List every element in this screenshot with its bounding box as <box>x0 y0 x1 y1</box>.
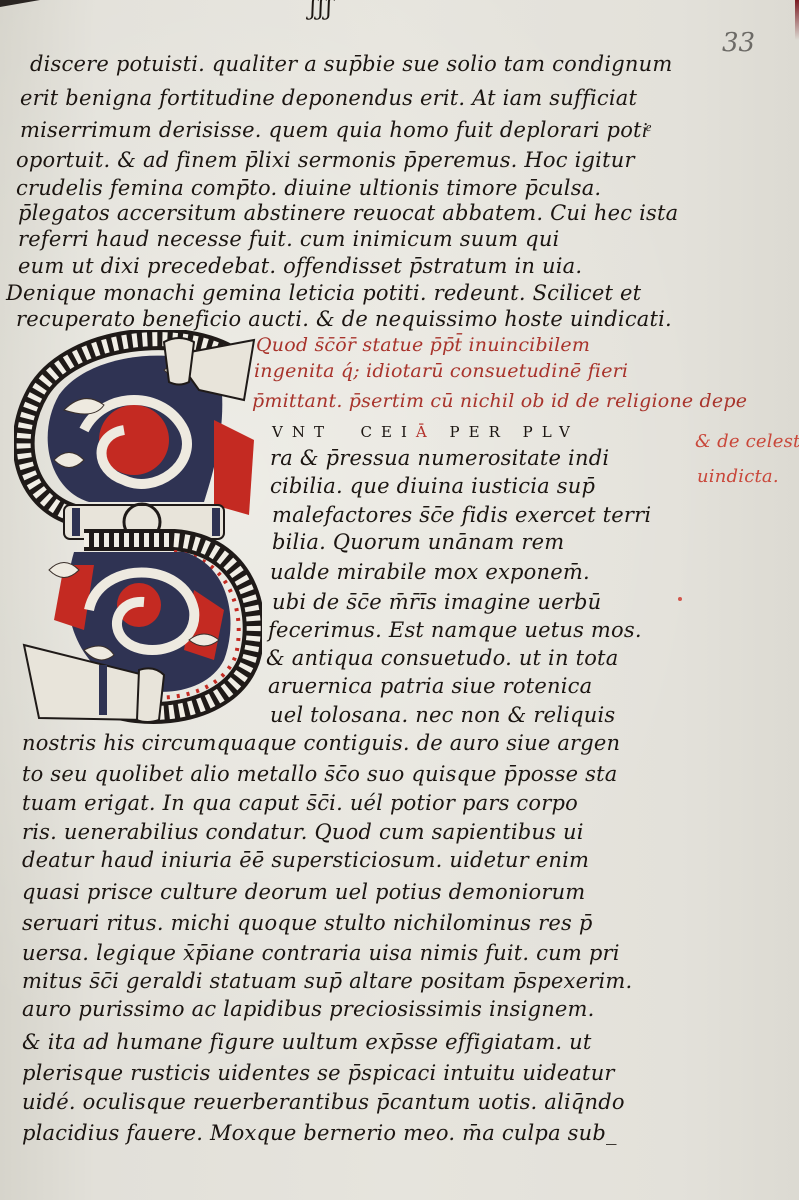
text-line: miserrimum derisisse. quem quia homo fui… <box>20 118 648 143</box>
top-mark: ʃʃʃ <box>310 0 334 21</box>
text-line: nostris his circumquaque contiguis. de a… <box>22 731 620 755</box>
text-line: mitus s̄c̄i geraldi statuam sup̄ altare … <box>22 969 632 993</box>
text-line: deatur haud iniuria ēē supersticiosum.… <box>22 848 589 872</box>
text-line: referri haud necesse fuit. cum inimicum … <box>18 227 559 251</box>
rubric-line: ingenita q́; idiotarū consuetudinē fie… <box>254 360 628 382</box>
text-line: oportuit. & ad finem p̄lixi sermonis p̄p… <box>16 148 635 172</box>
capital-letter: Ā <box>416 423 436 441</box>
text-line: cibilia. que diuina iusticia sup̄ <box>270 474 595 498</box>
capital-letter: P <box>523 423 542 441</box>
margin-rubric-line: & de celest <box>695 431 799 452</box>
capital-letter: N <box>292 423 314 441</box>
text-line: seruari ritus. michi quoque stulto nichi… <box>22 911 592 935</box>
text-line: ualde mirabile mox exponem̄. <box>270 560 590 584</box>
illuminated-initial-s-icon <box>14 330 262 730</box>
text-line: erit benigna fortitudine deponendus erit… <box>20 86 637 110</box>
text-line: placidius fauere. Moxque bernerio meo. m… <box>22 1121 617 1145</box>
folio-number: 33 <box>722 28 755 58</box>
text-line: tuam erigat. In qua caput s̄c̄i. uél po… <box>22 791 578 815</box>
text-line: uel tolosana. nec non & reliquis <box>270 703 615 727</box>
text-line: eum ut dixi precedebat. offendisset p̄st… <box>18 254 582 278</box>
capital-letter: C <box>361 423 381 441</box>
capital-letter: I <box>401 423 416 441</box>
text-line: & ita ad humane figure uultum exp̄sse ef… <box>22 1030 592 1054</box>
capital-letter: T <box>314 423 333 441</box>
capital-letter: R <box>489 423 509 441</box>
text-line: & antiqua consuetudo. ut in tota <box>266 646 618 670</box>
capital-letter: V <box>559 423 579 441</box>
text-line: ris. uenerabilius condatur. Quod cum sap… <box>22 820 584 844</box>
manuscript-page: ʃʃʃ 33 discere potuisti. qualiter a sup̄… <box>0 0 799 1200</box>
text-line: Denique monachi gemina leticia potiti. r… <box>6 281 641 305</box>
text-line: p̄legatos accersitum abstinere reuocat a… <box>18 201 678 225</box>
text-line: aruernica patria siue rotenica <box>268 674 592 698</box>
text-line: ubi de s̄c̄e m̄r̄īs imagine uerbū <box>272 590 601 614</box>
margin-rubric-line: uindicta. <box>697 466 779 487</box>
text-line: recuperato beneficio aucti. & de nequiss… <box>16 307 672 331</box>
text-line: fecerimus. Est namque uetus mos. <box>268 618 642 642</box>
text-line: malefactores s̄c̄e fidis exercet terri <box>272 503 651 527</box>
capital-letter: P <box>450 423 469 441</box>
text-line: uidé. oculisque reuerberantibus p̄cantu… <box>22 1090 625 1114</box>
capital-letter: E <box>469 423 489 441</box>
capital-letter: E <box>381 423 401 441</box>
binding-edge <box>795 0 799 40</box>
text-line: quasi prisce culture deorum uel potius d… <box>22 880 585 904</box>
red-dot-mark <box>678 597 682 601</box>
text-line: uersa. legique x̄p̄iane contraria uisa n… <box>22 941 620 965</box>
text-line: bilia. Quorum unānam rem <box>272 530 564 554</box>
capital-letter: V <box>272 423 292 441</box>
text-line: ra & p̄ressua numerositate indi <box>270 446 609 470</box>
opening-capitals: VNT CEIĀ PER PLV <box>272 423 579 441</box>
page-corner-shadow <box>0 0 40 7</box>
text-line: auro purissimo ac lapidibus preciosissim… <box>22 997 595 1021</box>
text-line: plerisque rusticis uidentes se p̄spicaci… <box>22 1061 615 1085</box>
text-line: crudelis femina comp̄to. diuine ultionis… <box>16 176 601 200</box>
text-line: discere potuisti. qualiter a sup̄bie sue… <box>30 52 672 76</box>
rubric-line: p̄mittant. p̄sertim cū nichil ob id de … <box>252 390 747 412</box>
capital-letter: L <box>542 423 559 441</box>
rubric-line: Quod s̄c̄ōr̄ statue p̄p̄t̄ inuincibilem <box>256 334 590 356</box>
text-line: to seu quolibet alio metallo s̄c̄o suo q… <box>22 762 617 786</box>
